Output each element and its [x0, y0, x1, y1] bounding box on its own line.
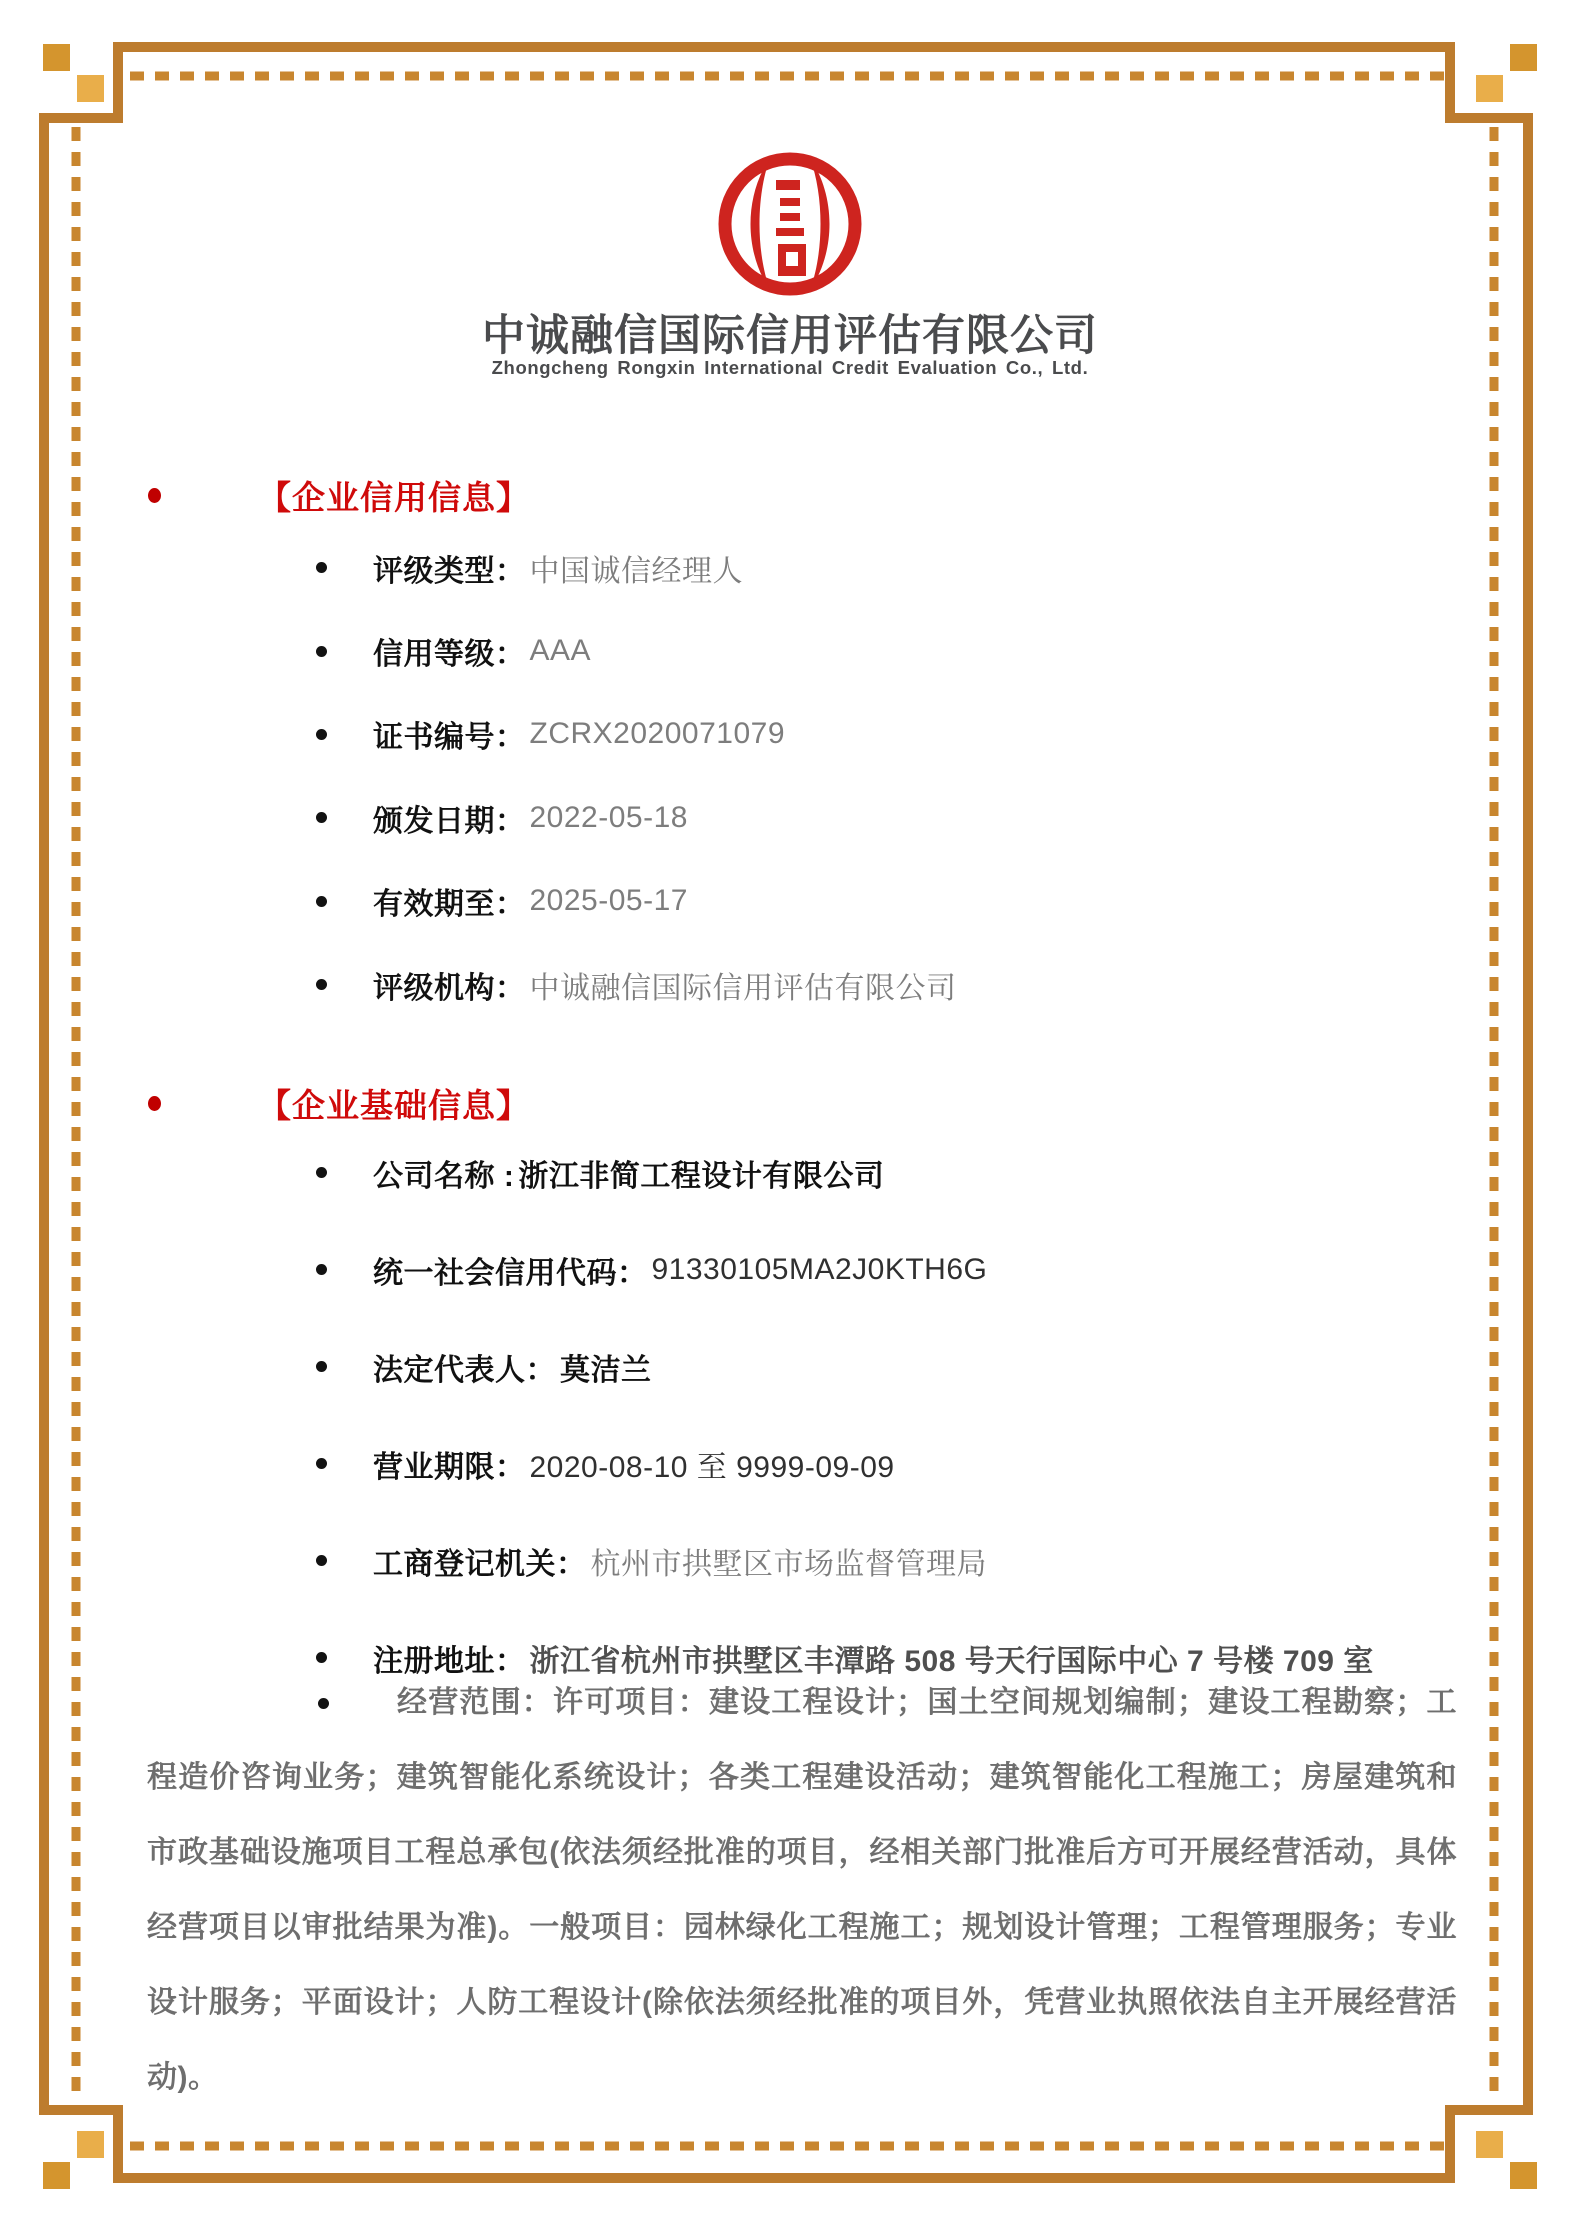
xin-emblem-icon [710, 150, 870, 302]
item-value: ZCRX2020071079 [530, 717, 786, 751]
item-label: 工商登记机关： [373, 1539, 587, 1583]
company-logo [710, 150, 870, 302]
bullet-icon [316, 979, 327, 990]
bullet-icon [316, 896, 327, 907]
section-header-credit-info: 【企业信用信息】 [0, 473, 1500, 517]
item-value: 91330105MA2J0KTH6G [652, 1253, 988, 1287]
item-label: 公司名称 : [373, 1151, 514, 1195]
section-title: 【企业基础信息】 [258, 1080, 530, 1127]
bullet-icon [316, 562, 327, 573]
bullet-icon [316, 646, 327, 657]
basic-info-list: 公司名称 : 浙江非简工程设计有限公司 统一社会信用代码： 91330105MA… [0, 1124, 1580, 1706]
item-value: 2020-08-10 至 9999-09-09 [530, 1442, 895, 1486]
section-title: 【企业信用信息】 [258, 472, 530, 519]
item-value: 2025-05-17 [530, 884, 688, 918]
item-value: 莫洁兰 [560, 1345, 652, 1389]
business-scope-label: 经营范围： [397, 1686, 553, 1719]
company-name-cn: 中诚融信国际信用评估有限公司 [0, 302, 1580, 363]
item-value: 中国诚信经理人 [530, 546, 744, 590]
bullet-icon [316, 1264, 327, 1275]
bullet-icon [316, 1167, 327, 1178]
item-value: 中诚融信国际信用评估有限公司 [530, 963, 957, 1007]
section-header-basic-info: 【企业基础信息】 [0, 1081, 1500, 1125]
company-name-en: Zhongcheng Rongxin International Credit … [0, 357, 1580, 379]
red-bullet-icon [148, 1096, 161, 1111]
item-label: 评级机构： [373, 963, 526, 1007]
info-item-row: 信用等级： AAA [0, 609, 1580, 692]
credit-info-list: 评级类型： 中国诚信经理人 信用等级： AAA 证书编号： ZCRX202007… [0, 526, 1580, 1026]
info-item-row: 法定代表人： 莫洁兰 [0, 1318, 1580, 1415]
item-value: AAA [530, 634, 592, 668]
item-label: 法定代表人： [373, 1345, 556, 1389]
info-item-row: 有效期至： 2025-05-17 [0, 860, 1580, 943]
red-bullet-icon [148, 488, 161, 503]
item-label: 信用等级： [373, 629, 526, 673]
item-value: 浙江非简工程设计有限公司 [518, 1151, 884, 1195]
business-scope-value: 许可项目：建设工程设计；国土空间规划编制；建设工程勘察；工程造价咨询业务；建筑智… [147, 1686, 1457, 2094]
item-value: 杭州市拱墅区市场监督管理局 [591, 1539, 988, 1583]
info-item-row: 营业期限： 2020-08-10 至 9999-09-09 [0, 1415, 1580, 1512]
item-label: 评级类型： [373, 546, 526, 590]
info-item-row: 公司名称 : 浙江非简工程设计有限公司 [0, 1124, 1580, 1221]
item-label: 证书编号： [373, 712, 526, 756]
info-item-row: 统一社会信用代码： 91330105MA2J0KTH6G [0, 1221, 1580, 1318]
item-label: 营业期限： [373, 1442, 526, 1486]
bullet-icon [316, 1555, 327, 1566]
bullet-icon [316, 1361, 327, 1372]
item-value: 2022-05-18 [530, 801, 688, 835]
bullet-icon [316, 729, 327, 740]
bullet-icon [316, 1652, 327, 1663]
item-label: 统一社会信用代码： [373, 1248, 648, 1292]
bullet-icon [316, 1458, 327, 1469]
bullet-icon [316, 812, 327, 823]
item-label: 颁发日期： [373, 796, 526, 840]
info-item-row: 颁发日期： 2022-05-18 [0, 776, 1580, 859]
info-item-row: 评级类型： 中国诚信经理人 [0, 526, 1580, 609]
info-item-row: 评级机构： 中诚融信国际信用评估有限公司 [0, 943, 1580, 1026]
item-label: 有效期至： [373, 879, 526, 923]
info-item-row: 证书编号： ZCRX2020071079 [0, 693, 1580, 776]
certificate-page: 中诚融信国际信用评估有限公司 Zhongcheng Rongxin Intern… [0, 0, 1580, 2237]
business-scope-text: 经营范围：许可项目：建设工程设计；国土空间规划编制；建设工程勘察；工程造价咨询业… [147, 1665, 1457, 2115]
info-item-row: 工商登记机关： 杭州市拱墅区市场监督管理局 [0, 1512, 1580, 1609]
